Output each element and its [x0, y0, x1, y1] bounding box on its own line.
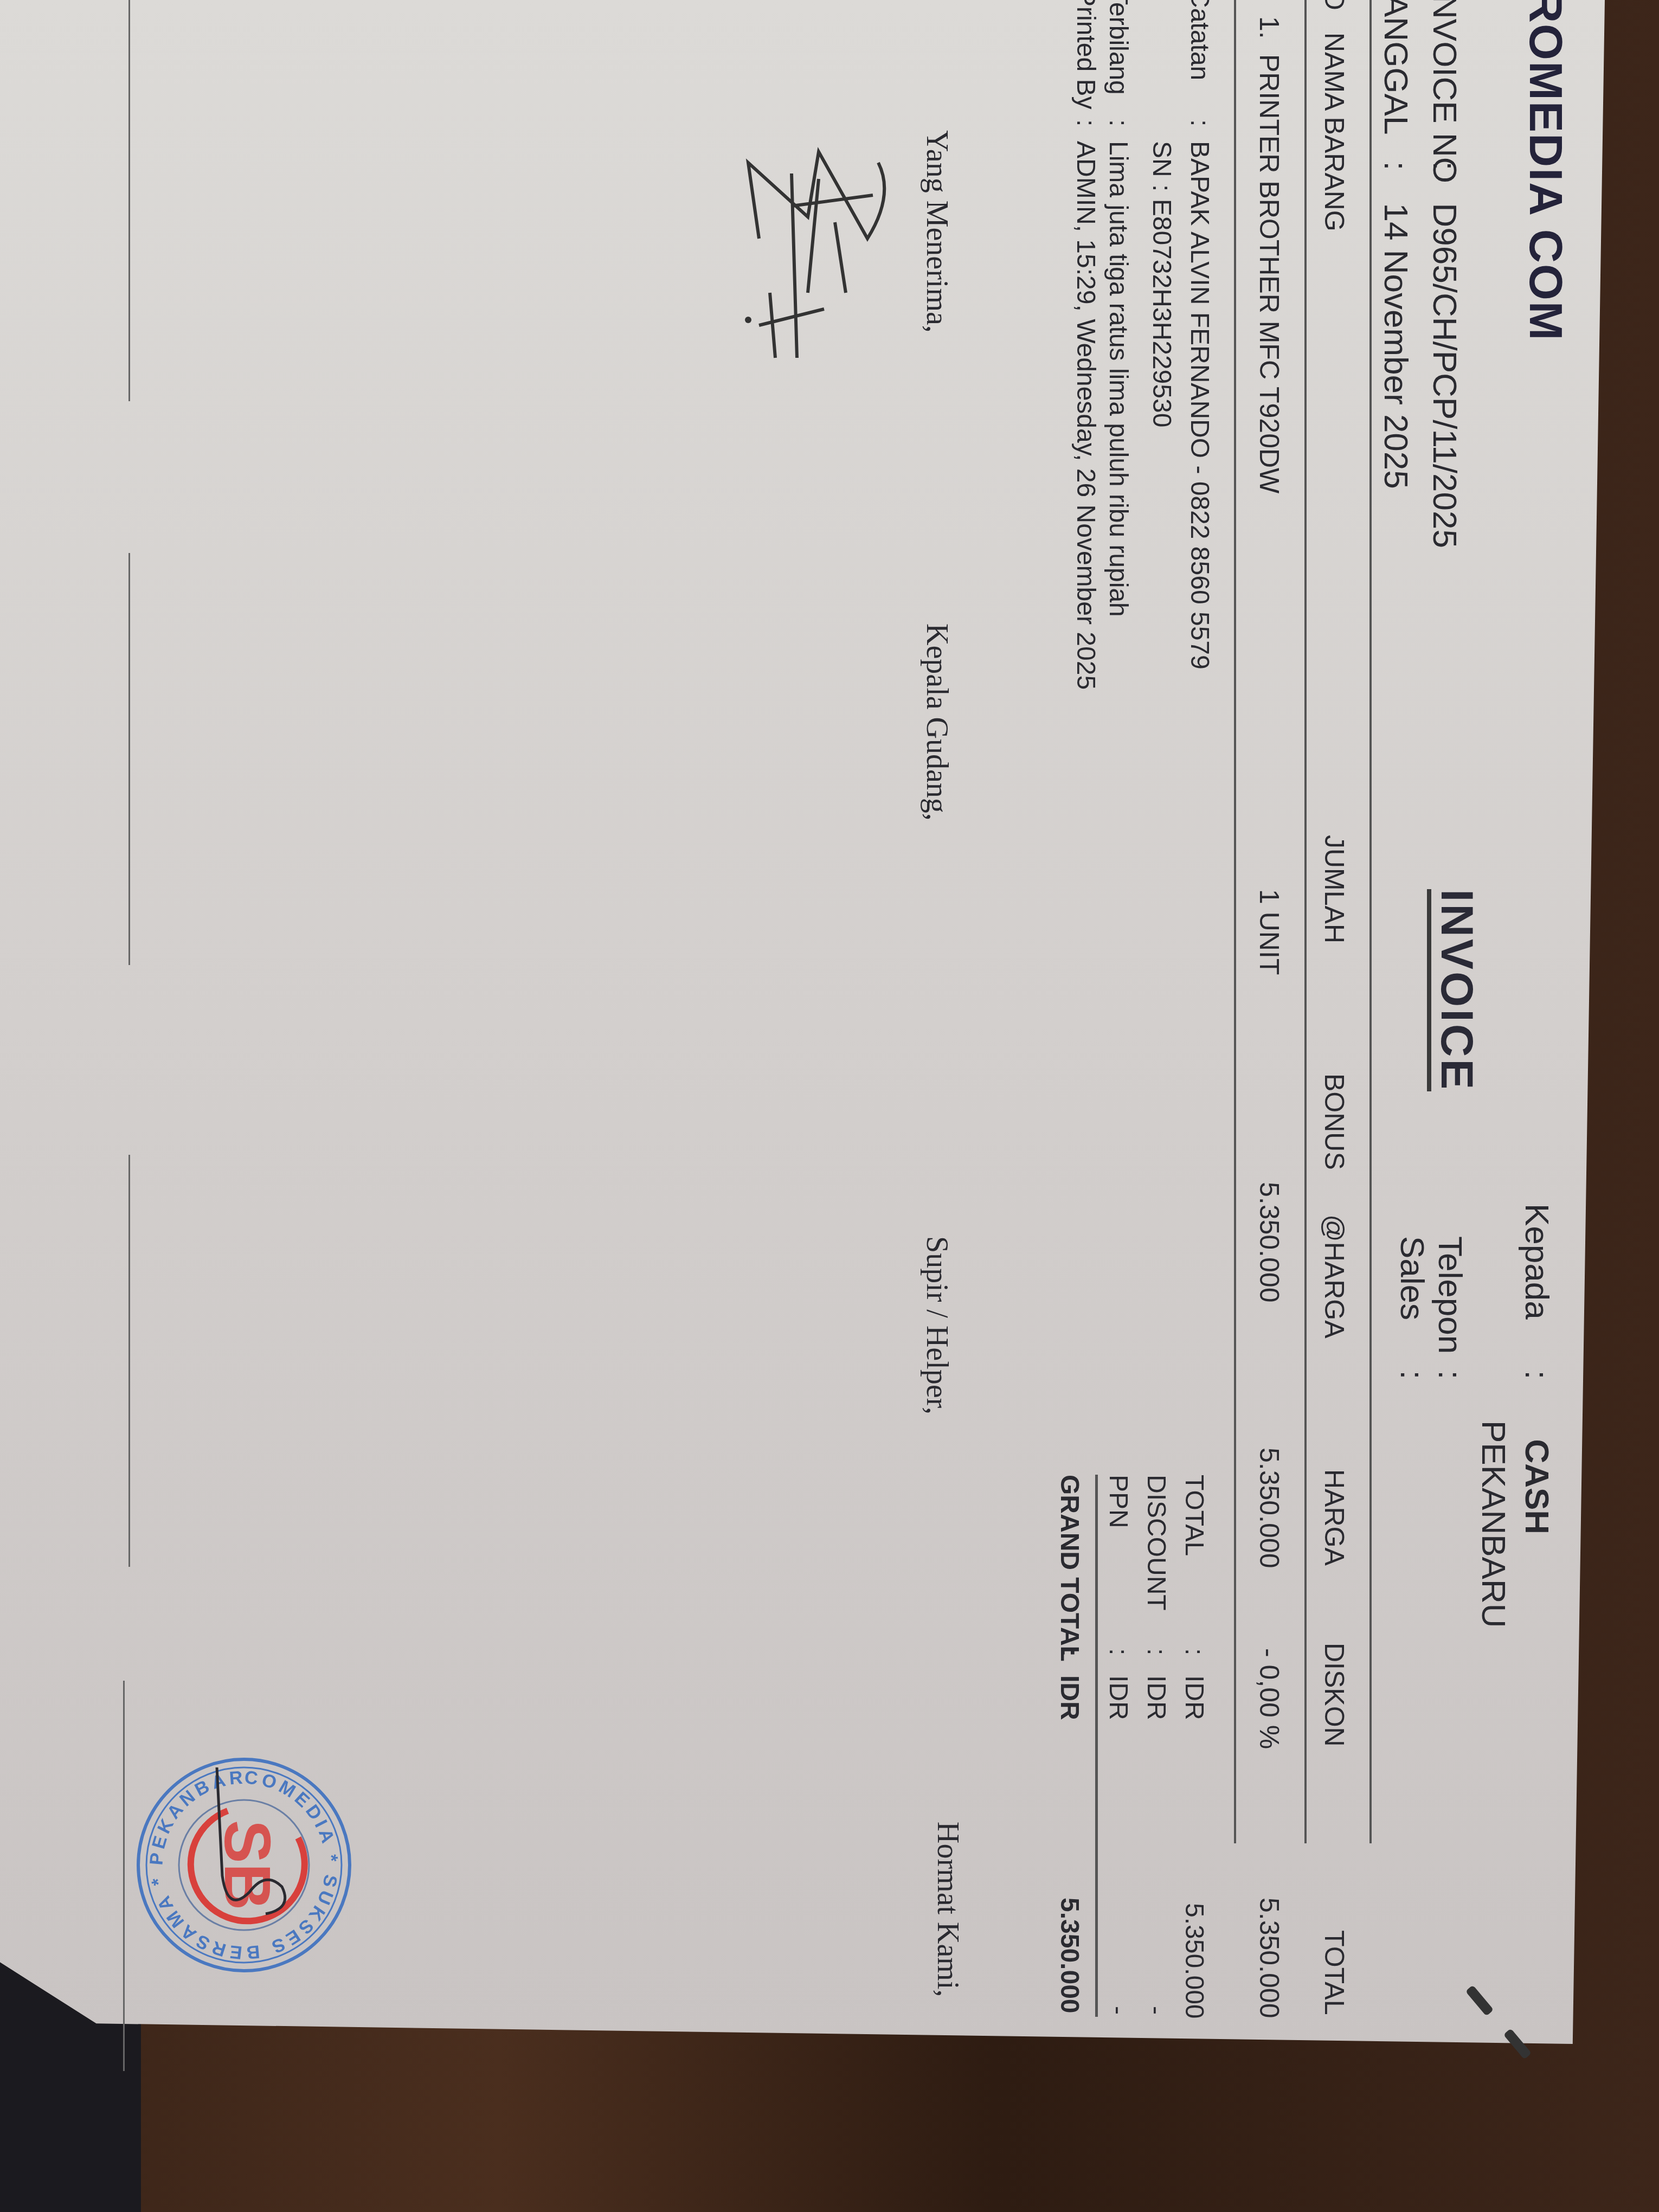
- receiver-signature: [726, 130, 900, 390]
- row-unit-price: 5.350.000: [1253, 1182, 1285, 1302]
- warehouse-signature-line: [128, 553, 130, 965]
- document-title: INVOICE: [1427, 889, 1480, 1091]
- catatan-line-1: BAPAK ALVIN FERNANDO - 0822 8560 5579: [1185, 141, 1214, 670]
- separator: :: [1103, 1648, 1133, 1655]
- col-bonus: BONUS: [1319, 1073, 1350, 1170]
- invoice-date: 14 November 2025: [1377, 203, 1414, 488]
- driver-signature-line: [128, 1155, 130, 1567]
- separator: :: [1517, 1370, 1556, 1430]
- invoice-no-label: NVOICE NO: [1425, 0, 1464, 152]
- summary-discount-value: -: [1141, 2006, 1171, 2015]
- summary-rule: [1095, 1475, 1098, 2017]
- summary-ppn-currency: IDR: [1103, 1675, 1133, 1720]
- col-no: O: [1319, 0, 1350, 10]
- receiver-signature-line: [128, 0, 130, 401]
- col-discount: DISKON: [1319, 1643, 1350, 1747]
- col-qty: JUMLAH: [1319, 835, 1350, 943]
- invoice-document: ROMEDIA COM INVOICE NVOICE NO : D965/CH/…: [0, 0, 1605, 2044]
- table-header-rule: [1304, 0, 1307, 1843]
- grand-total-value: 5.350.000: [1054, 1898, 1084, 2014]
- row-no: 1.: [1253, 16, 1285, 39]
- signature-receiver-label: Yang Menerima,: [919, 130, 954, 333]
- table-top-rule: [1369, 0, 1372, 1843]
- invoice-no-row: NVOICE NO : D965/CH/PCP/11/2025: [1425, 0, 1464, 548]
- printed-by-value: ADMIN, 15:29, Wednesday, 26 November 202…: [1071, 141, 1101, 690]
- separator: :: [1425, 161, 1464, 194]
- separator: :: [1431, 1370, 1469, 1379]
- signature-warehouse-label: Kepala Gudang,: [919, 623, 954, 821]
- separator: :: [1071, 119, 1101, 126]
- separator: :: [1141, 1648, 1171, 1655]
- company-stamp: COMEDIA * SUKSES BERSAMA * PEKANBARU SB: [130, 1751, 358, 1979]
- summary-ppn-label: PPN: [1103, 1475, 1133, 1528]
- row-price: 5.350.000: [1253, 1448, 1285, 1568]
- col-unit-price: @HARGA: [1319, 1214, 1350, 1339]
- regards-signature-line: [123, 1681, 125, 2071]
- separator: :: [1185, 119, 1214, 126]
- to-label: Kepada: [1517, 1204, 1556, 1361]
- date-row: ANGGAL : 14 November 2025: [1377, 0, 1415, 489]
- signature-regards-label: Hormat Kami,: [930, 1822, 965, 1997]
- summary-ppn-value: -: [1103, 2006, 1133, 2015]
- customer-name: CASH: [1518, 1439, 1555, 1534]
- summary-total-label: TOTAL: [1179, 1475, 1209, 1556]
- summary-total-value: 5.350.000: [1179, 1903, 1209, 2019]
- row-discount: - 0,00 %: [1253, 1648, 1285, 1749]
- date-label: ANGGAL: [1377, 0, 1415, 152]
- phone-label: Telepon: [1431, 1236, 1469, 1361]
- signature-driver-label: Supir / Helper,: [919, 1236, 954, 1414]
- summary-discount-label: DISCOUNT: [1141, 1475, 1171, 1611]
- catatan-line-2: SN : E80732H3H229530: [1147, 141, 1176, 427]
- separator: :: [1103, 119, 1133, 126]
- col-item-name: NAMA BARANG: [1319, 33, 1350, 232]
- col-total: TOTAL: [1319, 1930, 1350, 2015]
- row-item: PRINTER BROTHER MFC T920DW: [1253, 54, 1285, 493]
- separator: :: [1179, 1648, 1209, 1655]
- separator: :: [1054, 1648, 1084, 1657]
- to-row: Kepada : CASH: [1517, 1204, 1556, 1534]
- terbilang-value: Lima juta tiga ratus lima puluh ribu rup…: [1103, 141, 1133, 617]
- table-bottom-rule: [1234, 0, 1236, 1843]
- grand-total-label: GRAND TOTAL: [1054, 1475, 1084, 1662]
- row-total: 5.350.000: [1253, 1898, 1285, 2018]
- sales-label: Sales: [1393, 1236, 1431, 1361]
- customer-city: PEKANBARU: [1474, 1420, 1513, 1628]
- separator: :: [1393, 1370, 1431, 1379]
- col-price: HARGA: [1319, 1469, 1350, 1566]
- printed-by-label: Printed By: [1071, 0, 1101, 109]
- separator: :: [1377, 161, 1415, 194]
- summary-total-currency: IDR: [1179, 1675, 1209, 1720]
- grand-total-currency: IDR: [1054, 1675, 1084, 1720]
- sales-row: Sales :: [1393, 1236, 1431, 1379]
- catatan-label: Catatan: [1185, 0, 1214, 80]
- phone-row: Telepon :: [1431, 1236, 1469, 1379]
- row-qty: 1 UNIT: [1253, 889, 1285, 975]
- company-name: ROMEDIA COM: [1519, 0, 1572, 341]
- terbilang-label: Terbilang: [1103, 0, 1133, 95]
- summary-discount-currency: IDR: [1141, 1675, 1171, 1720]
- invoice-no: D965/CH/PCP/11/2025: [1426, 203, 1463, 548]
